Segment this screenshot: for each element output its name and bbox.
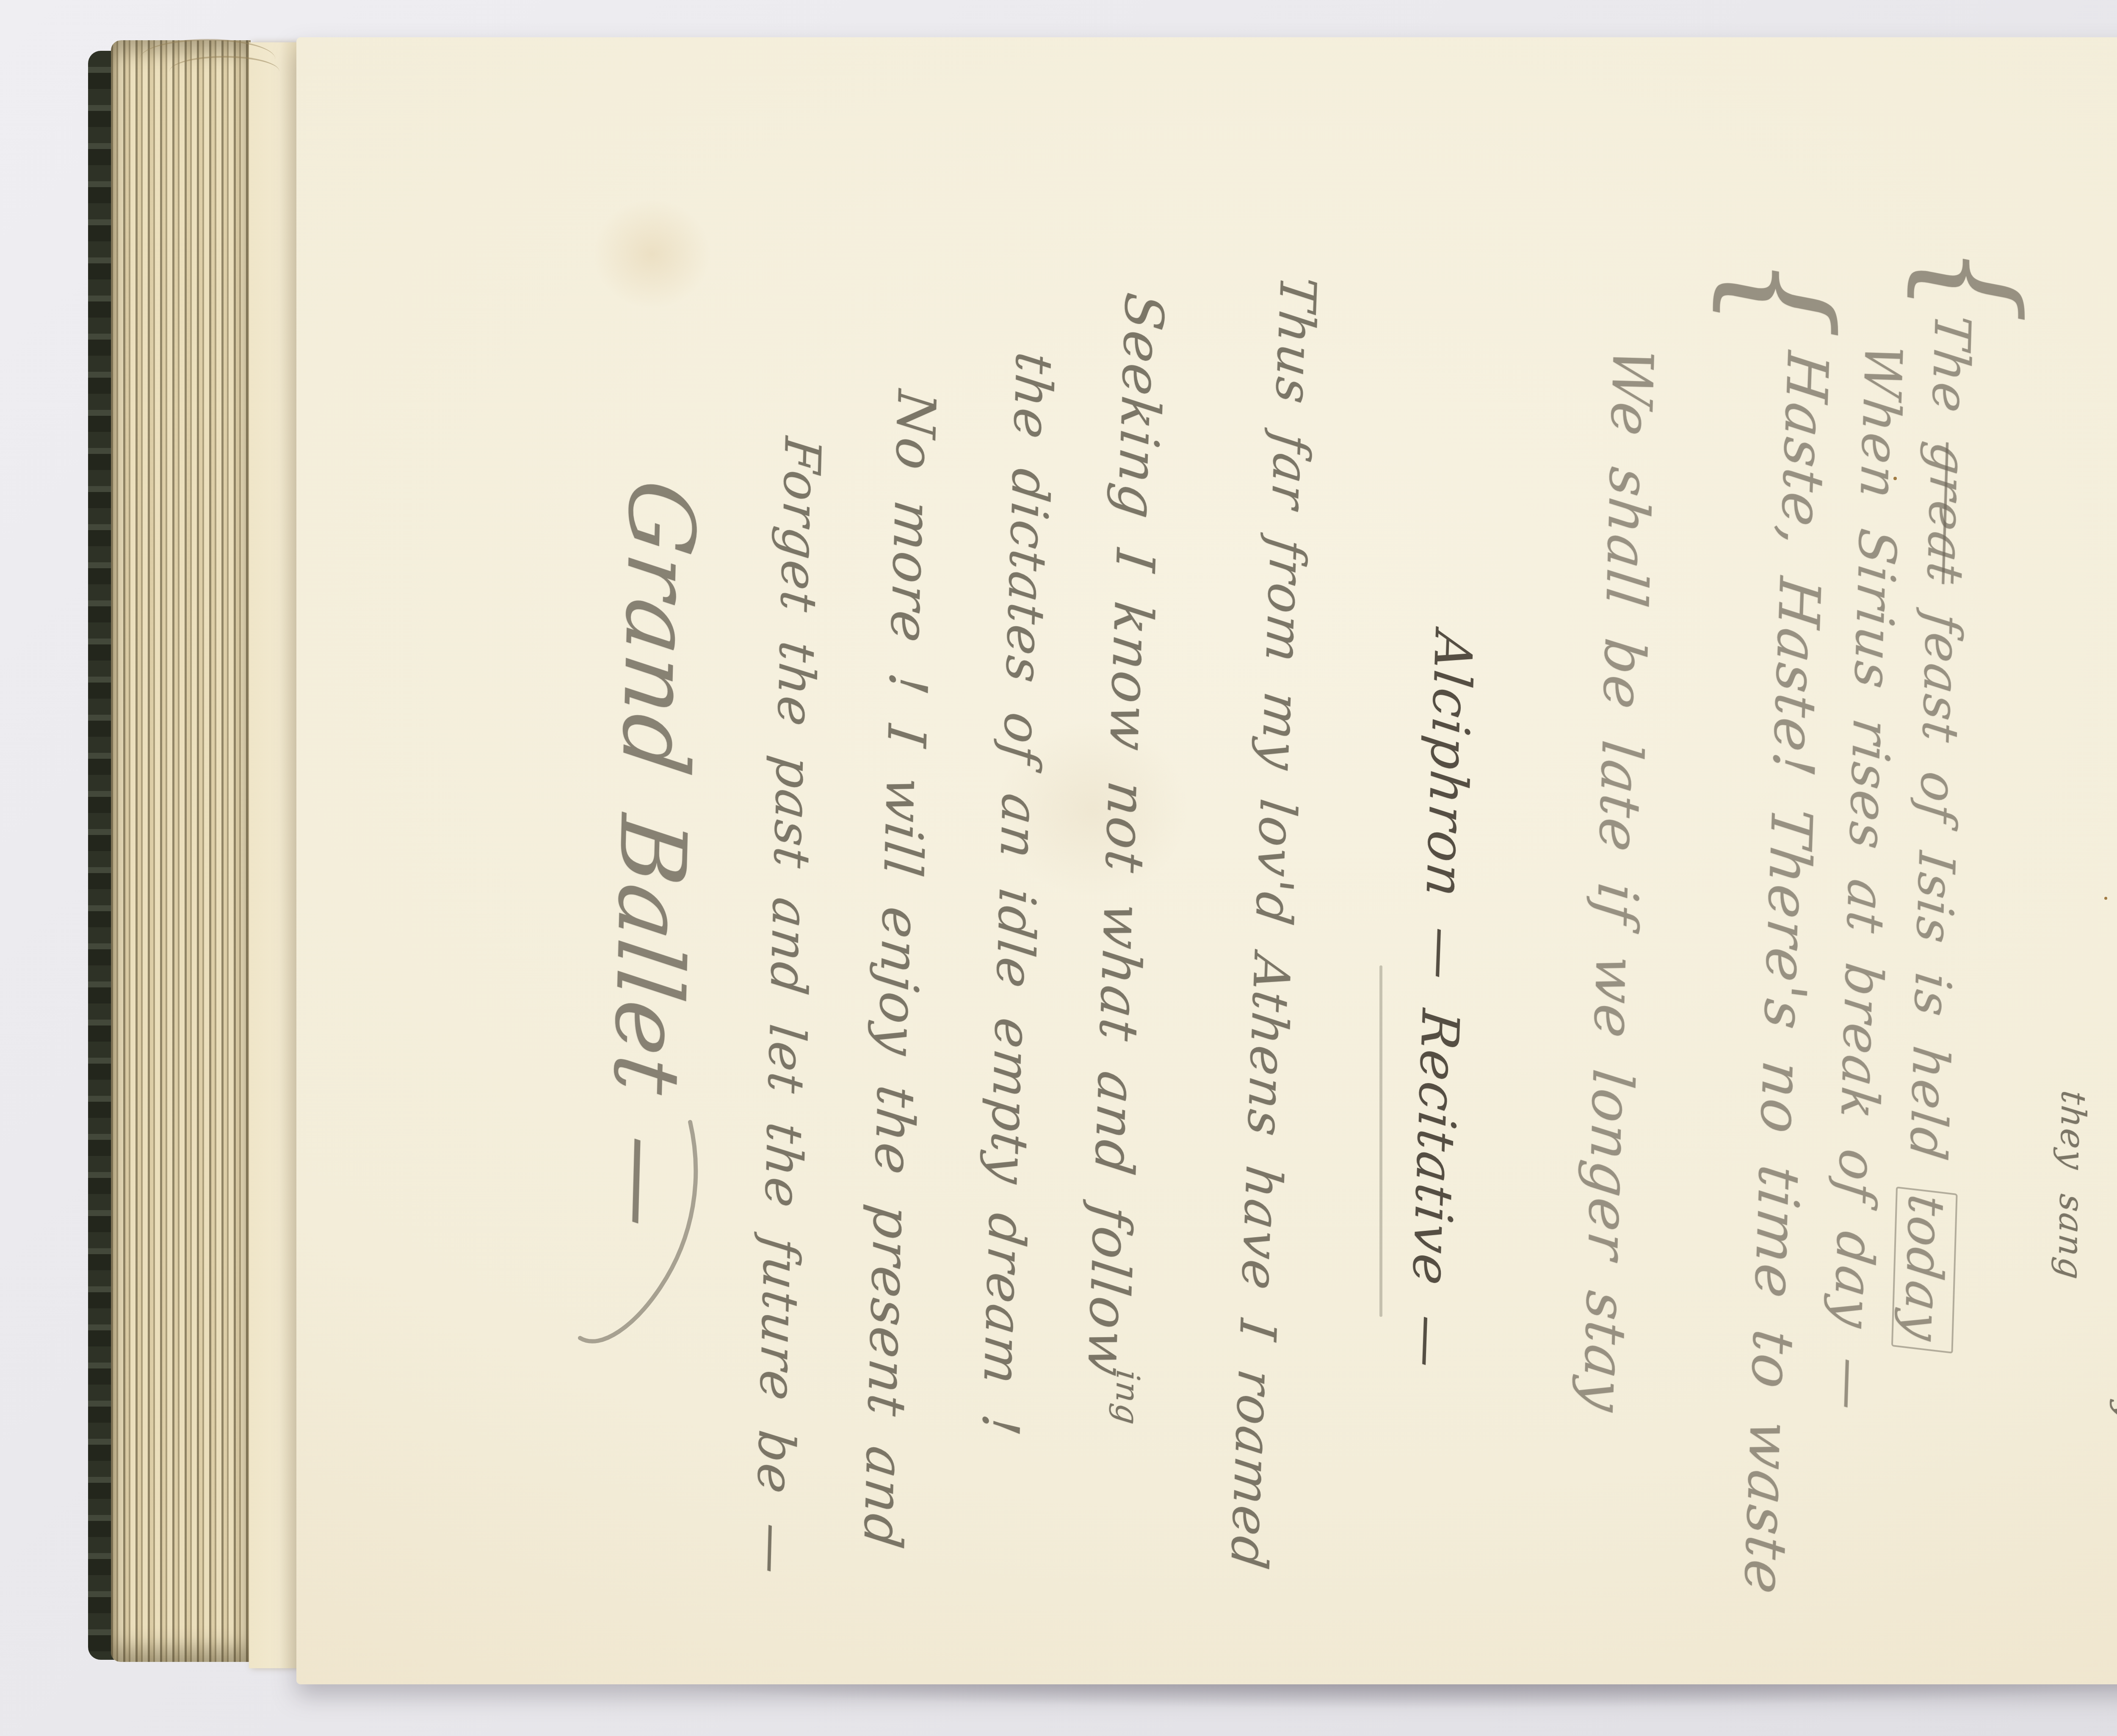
quatrain-line-1-text: The <box>1920 311 1982 446</box>
page-stain <box>593 199 711 309</box>
page-curl-line <box>169 56 279 87</box>
today-box: today <box>1891 1186 1958 1354</box>
ing-suffix: ing <box>1112 1368 1143 1427</box>
quatrain-brace-2: { <box>1717 254 1846 342</box>
delay-alternative: stay <box>2112 1343 2117 1426</box>
page-stack-lip <box>249 42 300 1668</box>
fore-edge-stack <box>111 40 251 1662</box>
ballet-flourish-icon <box>563 1109 724 1372</box>
struck-word: great <box>1915 439 1978 588</box>
photo-backdrop: Act. II — opening chorus of people with … <box>0 0 2117 1736</box>
recitative-underline <box>1379 965 1382 1317</box>
foxing-dot <box>2104 897 2107 900</box>
they-sang-insertion: they sang <box>2054 1089 2089 1282</box>
